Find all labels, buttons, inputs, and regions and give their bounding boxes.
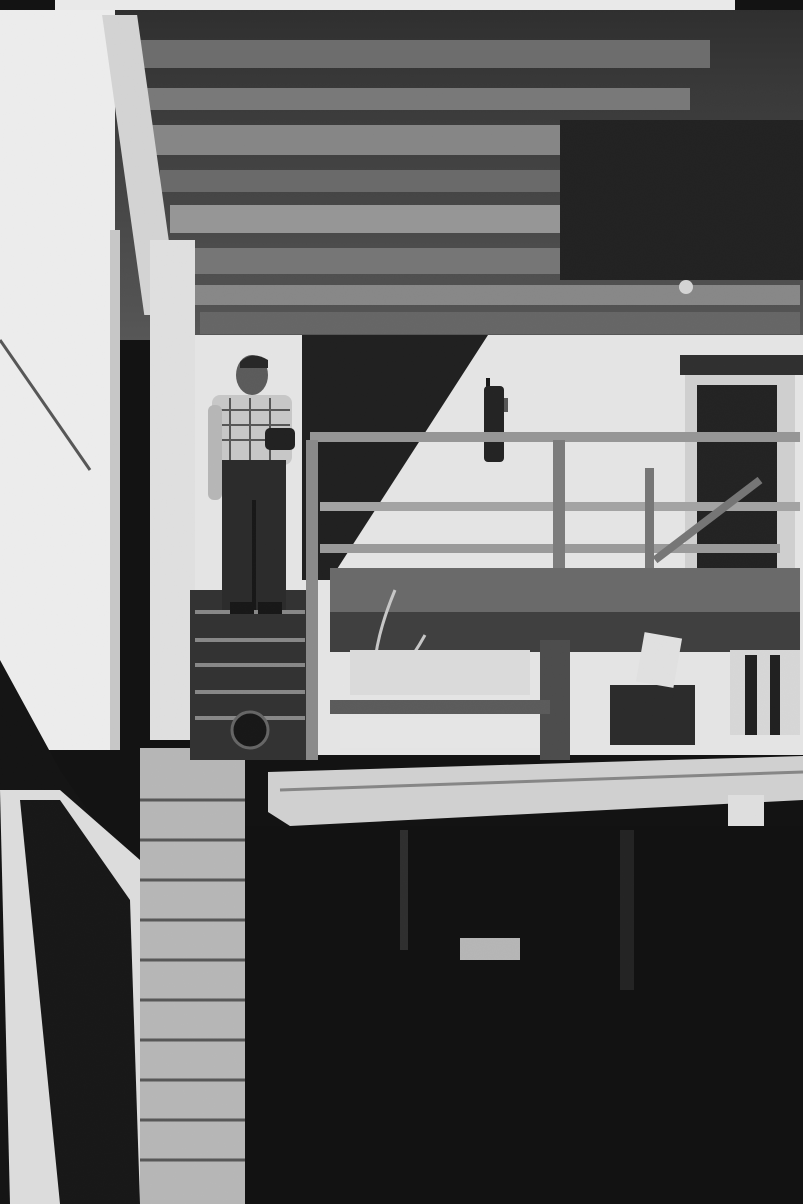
mill-interior-photo: Interior of an old wooden mill: a man in… xyxy=(0,0,803,1204)
photo-scene xyxy=(0,0,803,1204)
